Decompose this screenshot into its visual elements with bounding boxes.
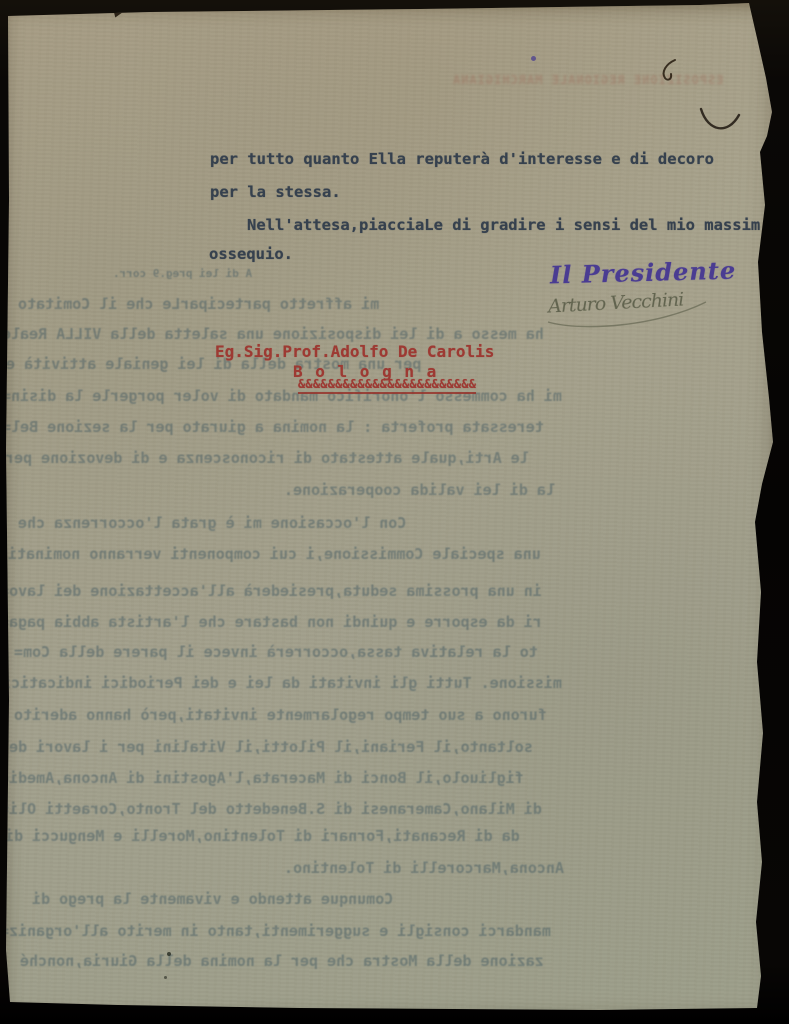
bleed-through-line: la di lei valida cooperazione. bbox=[284, 483, 555, 498]
bleed-through-line: di Milano,Cameranesi di S.Benedetto del … bbox=[0, 802, 542, 817]
recipient-underline-row: &&&&&&&&&&&&&&&&&&&&&&&& bbox=[298, 377, 476, 394]
recipient-name-line: Eg.Sig.Prof.Adolfo De Carolis bbox=[215, 342, 494, 361]
bleed-through-line: mandarci consigli e suggerimenti,tanto i… bbox=[0, 924, 551, 939]
bleed-through-line: in una prossima seduta,presiederà all'ac… bbox=[0, 584, 542, 599]
bleed-through-line: soltanto,il Feriani,il Pilotti,il Vitali… bbox=[0, 740, 533, 755]
typed-line: Nell'attesa,piacciaLe di gradire i sensi… bbox=[247, 218, 760, 234]
bleed-through-line: missione. Tutti gli invitati da lei e de… bbox=[2, 676, 562, 691]
bleed-through-line: mi ha commesso l'onorifico mandato di vo… bbox=[2, 389, 562, 404]
ink-squiggle-mark bbox=[656, 58, 682, 84]
bleed-through-line: teressata proferta : la nomina a giurato… bbox=[2, 420, 544, 435]
ink-speck bbox=[164, 976, 167, 979]
bleed-through-line: da di Recanati,Fornari di Tolentino,More… bbox=[5, 829, 520, 844]
bleed-through-line: Ancona,Marcorelli di Tolentino. bbox=[284, 861, 564, 876]
paper-sheet: ESPOSIZIONE REGIONALE MARCHIGIANA per tu… bbox=[0, 0, 789, 1024]
bleed-through-line: zazione della Mostra che per la nomina d… bbox=[20, 954, 544, 969]
typed-line: ossequio. bbox=[209, 247, 293, 263]
scanned-letter: ESPOSIZIONE REGIONALE MARCHIGIANA per tu… bbox=[0, 0, 789, 1024]
bleed-through-line: una speciale Commissione,i cui component… bbox=[8, 547, 541, 562]
purple-ink-dot bbox=[531, 56, 536, 61]
bleed-through-line: furono a suo tempo regolarmente invitati… bbox=[14, 708, 547, 723]
bleed-through-line: mi affretto parteciparLe che il Comitato bbox=[18, 297, 379, 312]
bleed-through-line: A di lei preg.9 corr. bbox=[113, 268, 252, 279]
typed-line: per tutto quanto Ella reputerà d'interes… bbox=[210, 152, 714, 168]
ink-speck bbox=[167, 952, 171, 956]
bleed-through-line: ha messo a di lei disposizione una salet… bbox=[2, 327, 544, 342]
bleed-through-line: Comunque attendo e vivamente la prego di bbox=[32, 892, 393, 907]
bleed-through-line: Con l'occasione mi è grata l'occorrenza … bbox=[18, 516, 406, 531]
corner-ink-triangle bbox=[113, 6, 128, 18]
bleed-through-line: figliuolo,il Bonci di Macerata,l'Agostin… bbox=[0, 771, 524, 786]
ink-curve-mark bbox=[698, 106, 742, 138]
bleed-through-line: to la relativa tassa,occorrerà invece il… bbox=[14, 645, 538, 660]
bleed-through-line: ri da esporre e quindi non bastare che l… bbox=[0, 615, 542, 630]
bleed-through-line: le Arti,quale attestato di riconoscenza … bbox=[5, 451, 529, 466]
typed-line: per la stessa. bbox=[210, 185, 341, 201]
bleed-letterhead-text: ESPOSIZIONE REGIONALE MARCHIGIANA bbox=[452, 73, 723, 87]
president-stamp: Il Presidente bbox=[550, 256, 737, 290]
